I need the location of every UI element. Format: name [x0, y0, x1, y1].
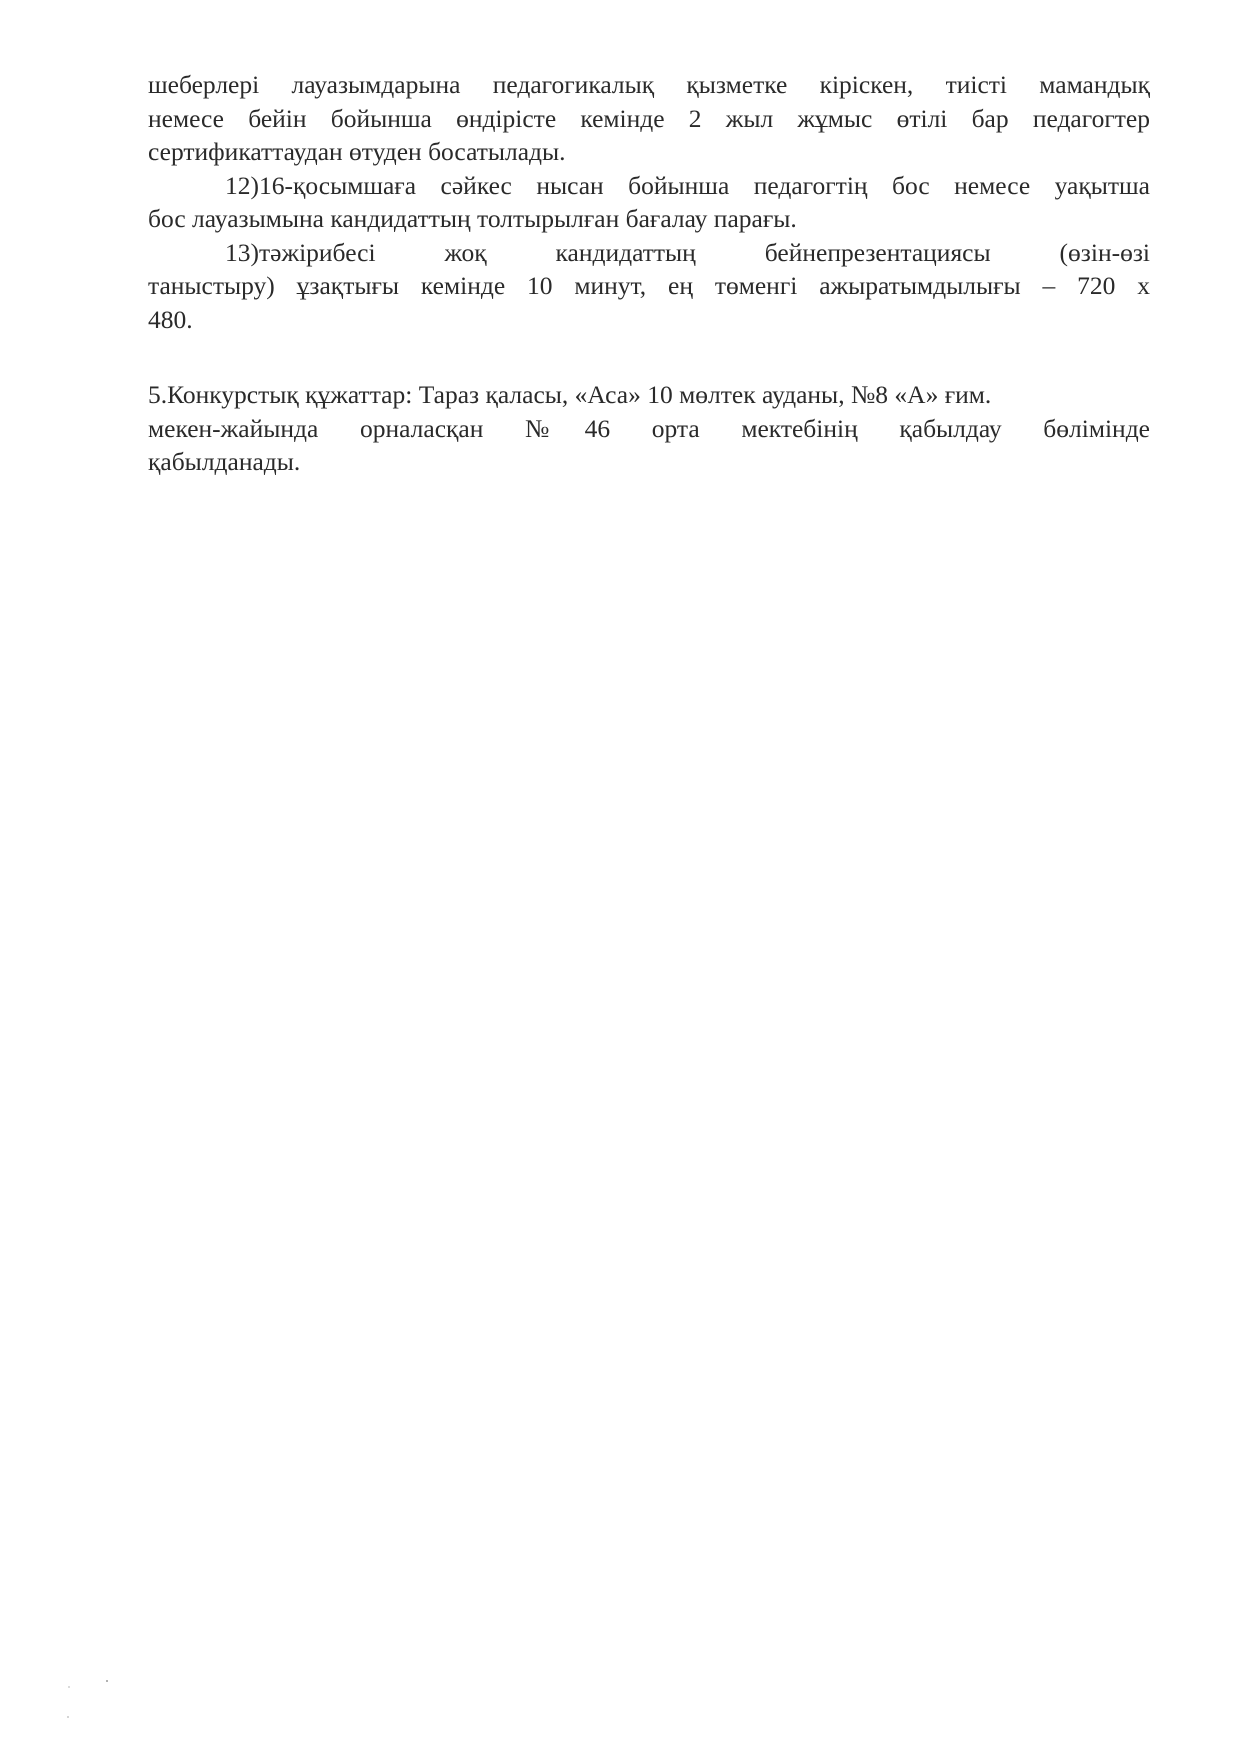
scan-speck	[68, 1686, 70, 1688]
text-line: немесе бейін бойынша өндірісте кемінде 2…	[148, 102, 1150, 136]
text-line: шеберлері лауазымдарына педагогикалық қы…	[148, 68, 1150, 102]
paragraph-continuation: шеберлері лауазымдарына педагогикалық қы…	[148, 68, 1150, 169]
text-line: сертификаттаудан өтуден босатылады.	[148, 135, 1150, 169]
text-line: 5.Конкурстық құжаттар: Тараз қаласы, «Ас…	[148, 378, 1150, 412]
text-line: 480.	[148, 303, 1150, 337]
text-line: 13)тәжірибесі жоқ кандидаттың бейнепрезе…	[148, 236, 1150, 270]
text-line: мекен-жайында орналасқан №46 орта мектеб…	[148, 412, 1150, 446]
text-line: бос лауазымына кандидаттың толтырылған б…	[148, 202, 1150, 236]
paragraph-item-12: 12)16-қосымшаға сәйкес нысан бойынша пед…	[148, 169, 1150, 236]
document-page: шеберлері лауазымдарына педагогикалық қы…	[148, 68, 1150, 479]
text-line: қабылданады.	[148, 445, 1150, 479]
paragraph-section-5: 5.Конкурстық құжаттар: Тараз қаласы, «Ас…	[148, 378, 1150, 479]
text-line: таныстыру) ұзақтығы кемінде 10 минут, ең…	[148, 269, 1150, 303]
scan-speck	[67, 1716, 69, 1718]
paragraph-spacer	[148, 336, 1150, 378]
paragraph-item-13: 13)тәжірибесі жоқ кандидаттың бейнепрезе…	[148, 236, 1150, 337]
scan-speck	[106, 1680, 108, 1682]
text-line: 12)16-қосымшаға сәйкес нысан бойынша пед…	[148, 169, 1150, 203]
